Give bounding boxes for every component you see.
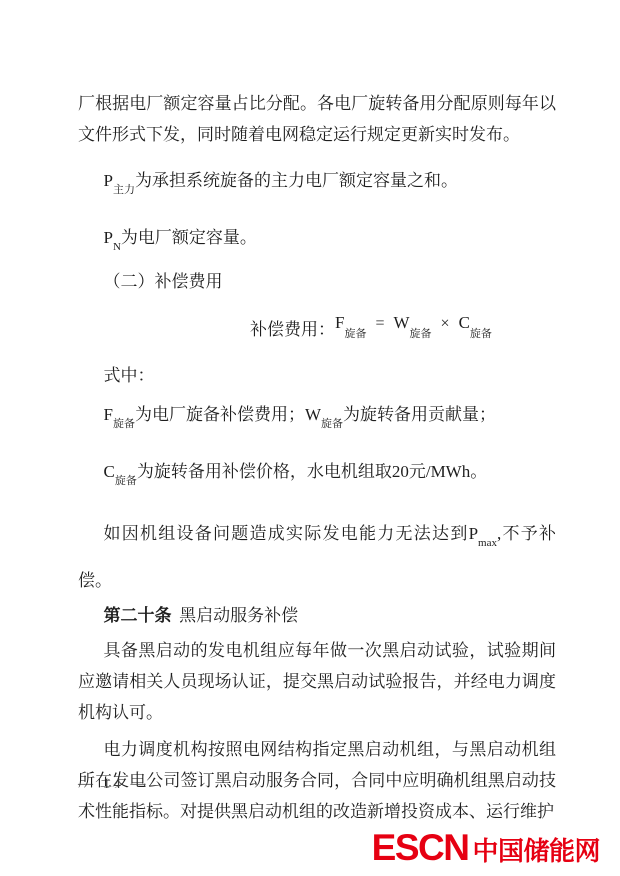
formula-var-c: C <box>459 313 470 332</box>
formula-label: 补偿费用： <box>250 320 335 339</box>
symbol-p-n-subscript: N <box>113 241 121 253</box>
definition-f-w: F旋备为电厂旋备补偿费用；W旋备为旋转备用贡献量； <box>78 396 556 443</box>
article-20-heading: 第二十条黑启动服务补偿 <box>78 600 556 631</box>
formula-var-c-subscript: 旋备 <box>470 328 492 340</box>
definition-f-text: 为电厂旋备补偿费用； <box>135 405 305 424</box>
formula-var-f-subscript: 旋备 <box>344 328 366 340</box>
escn-watermark-logo: ESCN 中国储能网 <box>372 829 600 866</box>
paragraph-blackstart-contract: 电力调度机构按照电网结构指定黑启动机组，与黑启动机组所在发电公司签订黑启动服务合… <box>78 734 556 827</box>
pmax-note-text: 如因机组设备问题造成实际发电能力无法达到P <box>104 524 479 543</box>
article-20-title: 黑启动服务补偿 <box>179 606 298 625</box>
definition-p-main: P主力为承担系统旋备的主力电厂额定容量之和。 <box>78 162 556 209</box>
document-body: 厂根据电厂额定容量占比分配。各电厂旋转备用分配原则每年以文件形式下发，同时随着电… <box>78 88 556 827</box>
formula-where-label: 式中： <box>78 360 556 391</box>
formula-var-w: W <box>394 313 410 332</box>
symbol-f-subscript: 旋备 <box>113 418 135 430</box>
escn-logo-latin: ESCN <box>372 829 469 866</box>
definition-c: C旋备为旋转备用补偿价格，水电机组取20元/MWh。 <box>78 453 556 500</box>
symbol-pmax-subscript: max <box>478 537 497 549</box>
definition-c-text: 为旋转备用补偿价格，水电机组取20元/MWh。 <box>137 462 487 481</box>
paragraph-pmax-note: 如因机组设备问题造成实际发电能力无法达到Pmax,不予补偿。 <box>78 515 556 600</box>
page-number: — 14 — <box>78 776 149 793</box>
escn-logo-cjk: 中国储能网 <box>472 838 600 864</box>
formula-multiply-sign: × <box>441 315 450 332</box>
document-page: 厂根据电厂额定容量占比分配。各电厂旋转备用分配原则每年以文件形式下发，同时随着电… <box>0 0 620 876</box>
subheading-compensation-fee: （二）补偿费用 <box>78 266 556 297</box>
definition-w-text: 为旋转备用贡献量； <box>343 405 496 424</box>
symbol-p-main-subscript: 主力 <box>113 184 135 196</box>
symbol-f-base: F <box>104 405 113 424</box>
symbol-w-subscript: 旋备 <box>321 418 343 430</box>
paragraph-continued: 厂根据电厂额定容量占比分配。各电厂旋转备用分配原则每年以文件形式下发，同时随着电… <box>78 88 556 150</box>
definition-p-main-text: 为承担系统旋备的主力电厂额定容量之和。 <box>135 171 458 190</box>
definition-p-n-text: 为电厂额定容量。 <box>121 228 257 247</box>
symbol-c-base: C <box>104 462 115 481</box>
symbol-w-base: W <box>305 405 321 424</box>
symbol-c-subscript: 旋备 <box>115 475 137 487</box>
formula-equals-sign: = <box>375 315 384 332</box>
formula-var-w-subscript: 旋备 <box>410 328 432 340</box>
definition-p-n: PN为电厂额定容量。 <box>78 219 556 266</box>
symbol-p-n-base: P <box>104 228 113 247</box>
symbol-p-main-base: P <box>104 171 113 190</box>
formula-expression: F旋备=W旋备×C旋备 <box>335 313 492 332</box>
article-20-number: 第二十条 <box>104 606 172 625</box>
paragraph-blackstart-test: 具备黑启动的发电机组应每年做一次黑启动试验，试验期间应邀请相关人员现场认证，提交… <box>78 635 556 728</box>
formula-paragraph: 补偿费用：F旋备=W旋备×C旋备 <box>78 303 556 354</box>
